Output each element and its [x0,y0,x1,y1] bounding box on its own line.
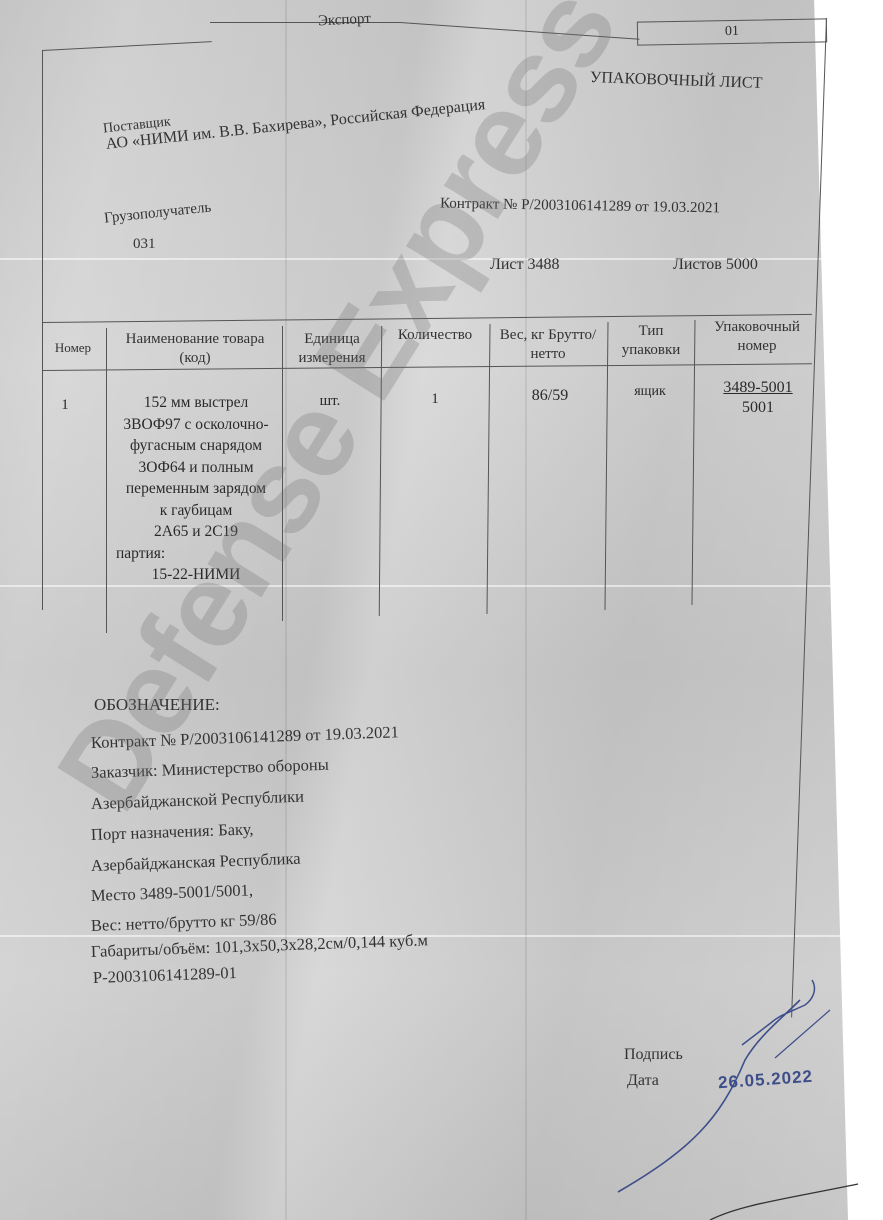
col-header-package-type: Тип упаковки [610,322,692,360]
col-header-package-number: Упаковочный номер [698,318,816,356]
col-header-name: Наименование товара (код) [120,330,270,368]
sheet-code-box: 01 [637,18,827,45]
sheet-code: 01 [638,19,826,44]
signature-label: Подпись [624,1046,683,1064]
frame-line [210,22,400,23]
row-weight: 86/59 [510,386,590,405]
sheets-total: Листов 5000 [673,256,758,274]
row-package-number-bottom: 5001 [708,398,808,417]
date-label: Дата [627,1072,659,1090]
row-package-type: ящик [620,382,680,401]
col-header-number: Номер [42,338,104,357]
export-label: Экспорт [318,11,372,31]
col-header-weight: Вес, кг Брутто/нетто [492,326,604,364]
frame-line [42,50,43,610]
row-quantity: 1 [420,390,450,409]
row-number: 1 [55,396,75,415]
consignee-value: 031 [133,236,156,253]
row-package-number-top: 3489-5001 [708,378,808,397]
